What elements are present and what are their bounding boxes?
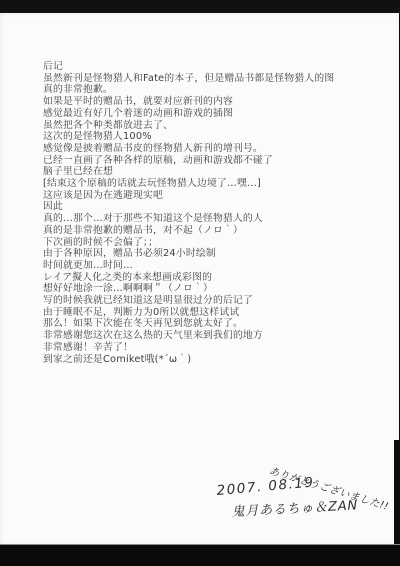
text-line: 真的非常抱歉。 bbox=[43, 84, 373, 96]
text-line: 因此 bbox=[43, 201, 373, 213]
text-line: 到家之前还是Comiket哦(*´ω｀) bbox=[43, 354, 373, 366]
text-line: 写的时候我就已经知道这是明显很过分的后记了 bbox=[43, 295, 373, 307]
text-line: 感觉像是披着赠品书皮的怪物猎人新刊的增刊号。 bbox=[43, 143, 373, 155]
scan-border-top bbox=[0, 0, 400, 13]
text-line: 虽然把各个种类都放进去了、 bbox=[43, 120, 373, 132]
text-line: 这应该是因为在逃避现实吧 bbox=[43, 190, 373, 202]
text-line: 如果是平时的赠品书，就要对应新刊的内容 bbox=[43, 96, 373, 108]
scanned-page-frame: 后记 虽然新刊是怪物猎人和Fate的本子，但是赠品书都是怪物猎人的图 真的非常抱… bbox=[0, 0, 400, 566]
scan-border-bottom bbox=[0, 544, 400, 566]
afterword-page: 后记 虽然新刊是怪物猎人和Fate的本子，但是赠品书都是怪物猎人的图 真的非常抱… bbox=[0, 13, 399, 545]
text-line: 由于睡眠不足，判断力为0所以就想这样试试 bbox=[43, 307, 373, 319]
text-line: 脑子里已经在想 bbox=[43, 166, 373, 178]
text-line: 非常感谢您这次在这么热的天气里来到我们的地方 bbox=[43, 330, 373, 342]
text-line: レイア擬人化之类的本来想画成彩图的 bbox=[43, 272, 373, 284]
text-line: 非常感谢！辛苦了！ bbox=[43, 342, 373, 354]
text-line: 那么！如果下次能在冬天再见到您就太好了。 bbox=[43, 318, 373, 330]
handwritten-date: 2007. 08.19 bbox=[216, 474, 315, 498]
text-line: 这次的是怪物猎人100% bbox=[43, 131, 373, 143]
handwritten-signature: 鬼月あるちゅ＆ZAN bbox=[231, 494, 358, 520]
page-title: 后记 bbox=[43, 61, 373, 73]
text-line: 由于各种原因，赠品书必须24小时绘制 bbox=[43, 248, 373, 260]
text-line: 真的是非常抱歉的赠品书，对不起（ノロ｀） bbox=[43, 225, 373, 237]
text-line: 下次画的时候不会偏了；； bbox=[43, 237, 373, 249]
text-line: [结束这个原稿的话就去玩怪物猎人边境了…嘿…] bbox=[43, 178, 373, 190]
text-line: 已经一直画了各种各样的原稿，动画和游戏都不碰了 bbox=[43, 155, 373, 167]
text-line: 感觉最近有好几个着迷的动画和游戏的插图 bbox=[43, 108, 373, 120]
afterword-text-column: 后记 虽然新刊是怪物猎人和Fate的本子，但是赠品书都是怪物猎人的图 真的非常抱… bbox=[43, 61, 373, 365]
text-line: 真的…那个…对于那些不知道这个是怪物猎人的人 bbox=[43, 213, 373, 225]
text-line: 想好好地涂一涂…啊啊啊＂（ノロ｀） bbox=[43, 283, 373, 295]
text-line: 虽然新刊是怪物猎人和Fate的本子，但是赠品书都是怪物猎人的图 bbox=[43, 73, 373, 85]
text-line: 时间就更加…时间… bbox=[43, 260, 373, 272]
